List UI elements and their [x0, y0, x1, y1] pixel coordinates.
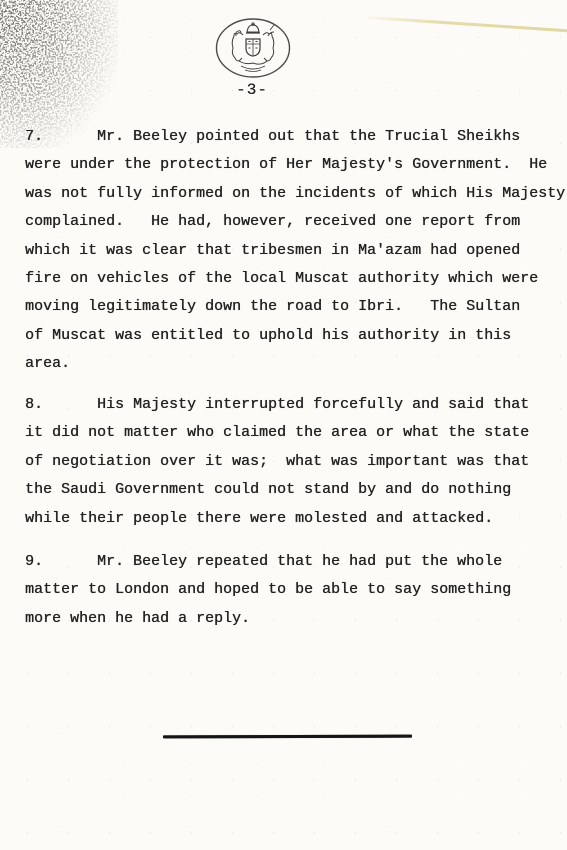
paragraph-7: 7. Mr. Beeley pointed out that the Truci…	[25, 123, 565, 379]
paragraph-7-text: Mr. Beeley pointed out that the Trucial …	[25, 123, 565, 379]
paragraph-8-number: 8.	[25, 391, 43, 419]
paragraph-9-text: Mr. Beeley repeated that he had put the …	[25, 548, 565, 633]
paragraph-9-number: 9.	[25, 548, 43, 576]
paper-crease-line	[368, 16, 567, 32]
paragraph-8-text: His Majesty interrupted forcefully and s…	[25, 391, 565, 533]
paragraph-8: 8. His Majesty interrupted forcefully an…	[25, 391, 565, 533]
page-number: -3-	[236, 81, 268, 99]
scanned-document-page: -3- 7. Mr. Beeley pointed out that the T…	[0, 0, 567, 850]
royal-crest-icon	[212, 15, 294, 88]
paragraph-7-number: 7.	[25, 123, 43, 151]
coat-of-arms-graphic	[212, 15, 294, 83]
separator-line	[163, 735, 412, 739]
paragraph-9: 9. Mr. Beeley repeated that he had put t…	[25, 548, 565, 633]
